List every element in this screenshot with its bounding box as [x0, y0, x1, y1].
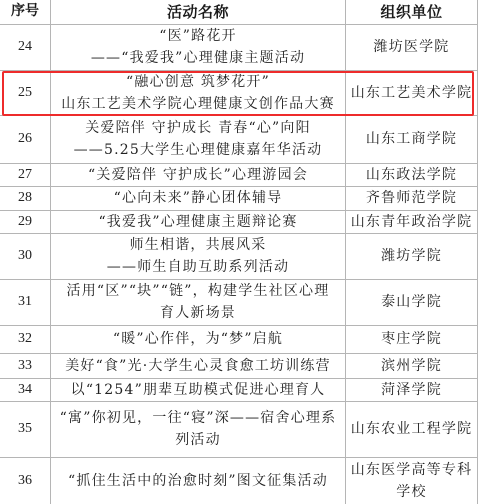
activity-name-line: 活用“区”“块”“链”，构建学生社区心理: [51, 280, 345, 302]
table-body: 24“医”路花开——“我爱我”心理健康主题活动潍坊医学院25“融心创意 筑梦花开…: [0, 24, 478, 504]
row-num: 33: [0, 353, 51, 378]
table-row: 36“抓住生活中的治愈时刻”图文征集活动山东医学高等专科学校: [0, 457, 478, 504]
row-num: 27: [0, 163, 51, 186]
activity-name: 以“1254”朋辈互助模式促进心理育人: [51, 378, 346, 401]
activity-name-line: 育人新场景: [51, 302, 345, 324]
row-num: 35: [0, 401, 51, 457]
organizer-line: 学校: [346, 481, 477, 503]
table-row: 28“心向未来”静心团体辅导齐鲁师范学院: [0, 186, 478, 210]
table-row: 33美好“食”光·大学生心灵食愈工坊训练营滨州学院: [0, 353, 478, 378]
table-row: 34以“1254”朋辈互助模式促进心理育人菏泽学院: [0, 378, 478, 401]
organizer: 潍坊医学院: [346, 24, 478, 70]
table-row: 24“医”路花开——“我爱我”心理健康主题活动潍坊医学院: [0, 24, 478, 70]
table-row: 27“关爱陪伴 守护成长”心理游园会山东政法学院: [0, 163, 478, 186]
activity-name: 师生相谐，共展风采——师生自助互助系列活动: [51, 233, 346, 279]
activity-name: 活用“区”“块”“链”，构建学生社区心理育人新场景: [51, 279, 346, 325]
organizer: 枣庄学院: [346, 325, 478, 353]
activity-name-line: “融心创意 筑梦花开”: [51, 71, 345, 93]
activity-name: 美好“食”光·大学生心灵食愈工坊训练营: [51, 353, 346, 378]
activity-name-line: 关爱陪伴 守护成长 青春“心”向阳: [51, 117, 345, 139]
activity-name: “心向未来”静心团体辅导: [51, 186, 346, 210]
activity-name: “暖”心作伴，为“梦”启航: [51, 325, 346, 353]
row-num: 31: [0, 279, 51, 325]
activity-name: “关爱陪伴 守护成长”心理游园会: [51, 163, 346, 186]
row-num: 32: [0, 325, 51, 353]
organizer-line: 菏泽学院: [346, 379, 477, 401]
activity-name-line: “抓住生活中的治愈时刻”图文征集活动: [51, 470, 345, 492]
activity-name-line: 师生相谐，共展风采: [51, 234, 345, 256]
table-row: 29“我爱我”心理健康主题辩论赛山东青年政治学院: [0, 210, 478, 233]
activity-name: 关爱陪伴 守护成长 青春“心”向阳——5.25大学生心理健康嘉年华活动: [51, 115, 346, 163]
table-row: 35“寓”你初见，一往“寝”深——宿舍心理系列活动山东农业工程学院: [0, 401, 478, 457]
organizer-line: 齐鲁师范学院: [346, 187, 477, 209]
table-row: 31活用“区”“块”“链”，构建学生社区心理育人新场景泰山学院: [0, 279, 478, 325]
activity-name-line: 美好“食”光·大学生心灵食愈工坊训练营: [51, 355, 345, 377]
organizer: 泰山学院: [346, 279, 478, 325]
row-num: 30: [0, 233, 51, 279]
row-num: 36: [0, 457, 51, 504]
organizer-line: 潍坊学院: [346, 245, 477, 267]
row-num: 29: [0, 210, 51, 233]
organizer: 山东农业工程学院: [346, 401, 478, 457]
header-organizer: 组织单位: [346, 0, 478, 24]
activity-name-line: ——“我爱我”心理健康主题活动: [51, 47, 345, 69]
organizer-line: 山东青年政治学院: [346, 211, 477, 233]
organizer-line: 山东工商学院: [346, 128, 477, 150]
organizer: 齐鲁师范学院: [346, 186, 478, 210]
organizer: 山东青年政治学院: [346, 210, 478, 233]
organizer-line: 潍坊医学院: [346, 36, 477, 58]
activity-name: “抓住生活中的治愈时刻”图文征集活动: [51, 457, 346, 504]
organizer-line: 山东政法学院: [346, 164, 477, 186]
table-row: 25“融心创意 筑梦花开”山东工艺美术学院心理健康文创作品大赛山东工艺美术学院: [0, 70, 478, 115]
activity-name-line: “寓”你初见，一往“寝”深——宿舍心理系: [51, 407, 345, 429]
organizer-line: 山东工艺美术学院: [346, 82, 477, 104]
activity-name: “我爱我”心理健康主题辩论赛: [51, 210, 346, 233]
activity-name: “融心创意 筑梦花开”山东工艺美术学院心理健康文创作品大赛: [51, 70, 346, 115]
row-num: 34: [0, 378, 51, 401]
activity-name-line: “我爱我”心理健康主题辩论赛: [51, 211, 345, 233]
table-header-row: 序号 活动名称 组织单位: [0, 0, 478, 24]
organizer: 潍坊学院: [346, 233, 478, 279]
activity-name-line: ——师生自助互助系列活动: [51, 256, 345, 278]
organizer: 山东工艺美术学院: [346, 70, 478, 115]
table-row: 30师生相谐，共展风采——师生自助互助系列活动潍坊学院: [0, 233, 478, 279]
activity-name-line: “医”路花开: [51, 25, 345, 47]
organizer-line: 滨州学院: [346, 355, 477, 377]
table-row: 32“暖”心作伴，为“梦”启航枣庄学院: [0, 325, 478, 353]
organizer: 滨州学院: [346, 353, 478, 378]
activity-name-line: 以“1254”朋辈互助模式促进心理育人: [51, 379, 345, 401]
organizer: 山东医学高等专科学校: [346, 457, 478, 504]
activity-name-line: 山东工艺美术学院心理健康文创作品大赛: [51, 93, 345, 115]
header-num: 序号: [0, 0, 51, 24]
header-activity-name: 活动名称: [51, 0, 346, 24]
activity-name: “医”路花开——“我爱我”心理健康主题活动: [51, 24, 346, 70]
row-num: 25: [0, 70, 51, 115]
activity-name: “寓”你初见，一往“寝”深——宿舍心理系列活动: [51, 401, 346, 457]
activity-name-line: “心向未来”静心团体辅导: [51, 187, 345, 209]
organizer-line: 山东农业工程学院: [346, 418, 477, 440]
activity-name-line: “暖”心作伴，为“梦”启航: [51, 328, 345, 350]
table-row: 26关爱陪伴 守护成长 青春“心”向阳——5.25大学生心理健康嘉年华活动山东工…: [0, 115, 478, 163]
activity-name-line: “关爱陪伴 守护成长”心理游园会: [51, 164, 345, 186]
organizer-line: 山东医学高等专科: [346, 459, 477, 481]
organizer: 山东政法学院: [346, 163, 478, 186]
activities-table: 序号 活动名称 组织单位 24“医”路花开——“我爱我”心理健康主题活动潍坊医学…: [0, 0, 478, 504]
activity-name-line: ——5.25大学生心理健康嘉年华活动: [51, 139, 345, 161]
organizer: 山东工商学院: [346, 115, 478, 163]
row-num: 26: [0, 115, 51, 163]
row-num: 24: [0, 24, 51, 70]
organizer-line: 泰山学院: [346, 291, 477, 313]
row-num: 28: [0, 186, 51, 210]
activity-name-line: 列活动: [51, 429, 345, 451]
organizer-line: 枣庄学院: [346, 328, 477, 350]
organizer: 菏泽学院: [346, 378, 478, 401]
